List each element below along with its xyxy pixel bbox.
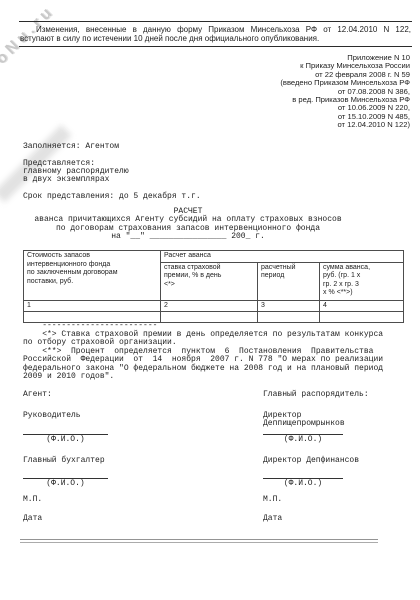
- date-label: Дата: [263, 515, 282, 523]
- amendment-note-line-1: Изменения, внесенные в данную форму Прик…: [20, 25, 411, 34]
- column-number: 1: [24, 300, 161, 312]
- table-header-rate: ставка страховой премии, % в день <*>: [161, 262, 258, 300]
- table-group-header: Расчет аванса: [161, 251, 404, 263]
- date-label: Дата: [23, 515, 42, 523]
- amendment-note-line-2: вступают в силу по истечении 10 дней пос…: [20, 34, 411, 43]
- column-number: 2: [161, 300, 258, 312]
- party-label: Агент:: [23, 391, 52, 399]
- amendment-note-box: Изменения, внесенные в данную форму Прик…: [19, 21, 412, 47]
- stamp-label: М.П.: [23, 496, 42, 504]
- stamp-label: М.П.: [263, 496, 282, 504]
- table-header-cost: Стоимость запасов интервенционного фонда…: [24, 251, 161, 301]
- table-cell: [320, 312, 404, 323]
- deadline-line: Срок представления: до 5 декабря т.г.: [23, 193, 201, 201]
- table-cell: [161, 312, 258, 323]
- column-number: 3: [258, 300, 320, 312]
- appendix-line: от 12.04.2010 N 122): [280, 121, 410, 129]
- table-header-sum: сумма аванса, руб. (гр. 1 х гр. 2 х гр. …: [320, 262, 404, 300]
- document-page: NoNu.ru Изменения, внесенные в данную фо…: [0, 0, 420, 600]
- signature-column-administrator: Главный распорядитель: Директор Деппищеп…: [263, 391, 420, 531]
- fio-caption: (Ф.И.О.): [263, 480, 343, 488]
- table-header-period: расчетный период: [258, 262, 320, 300]
- form-meta-block: Заполняется: Агентом Представляется: гла…: [23, 143, 273, 205]
- column-number: 4: [320, 300, 404, 312]
- role-label: Деппищепромрынков: [263, 420, 345, 428]
- filled-by-line: Заполняется: Агентом: [23, 143, 119, 151]
- party-label: Главный распорядитель:: [263, 391, 369, 399]
- fio-caption: (Ф.И.О.): [23, 480, 108, 488]
- table-cell: [258, 312, 320, 323]
- role-label: Директор Депфинансов: [263, 457, 359, 465]
- fio-caption: (Ф.И.О.): [263, 436, 343, 444]
- document-title: РАСЧЕТ аванса причитающихся Агенту субси…: [23, 208, 353, 242]
- copies-line: в двух экземплярах: [23, 176, 109, 184]
- role-label: Руководитель: [23, 412, 81, 420]
- title-date-line: на "__" ________________ 200_ г.: [23, 233, 353, 241]
- fio-caption: (Ф.И.О.): [23, 436, 108, 444]
- signature-column-agent: Агент: Руководитель (Ф.И.О.) Главный бух…: [23, 391, 183, 531]
- role-label: Главный бухгалтер: [23, 457, 105, 465]
- bottom-divider: [20, 539, 378, 543]
- footnotes-block: ------------------------ <*> Ставка стра…: [23, 322, 383, 382]
- appendix-block: Приложение N 10 к Приказу Минсельхоза Ро…: [280, 54, 410, 130]
- calculation-table: Стоимость запасов интервенционного фонда…: [23, 250, 404, 323]
- footnote-line: 2009 и 2010 годов".: [23, 373, 383, 382]
- table-column-numbers-row: 1 2 3 4: [24, 300, 404, 312]
